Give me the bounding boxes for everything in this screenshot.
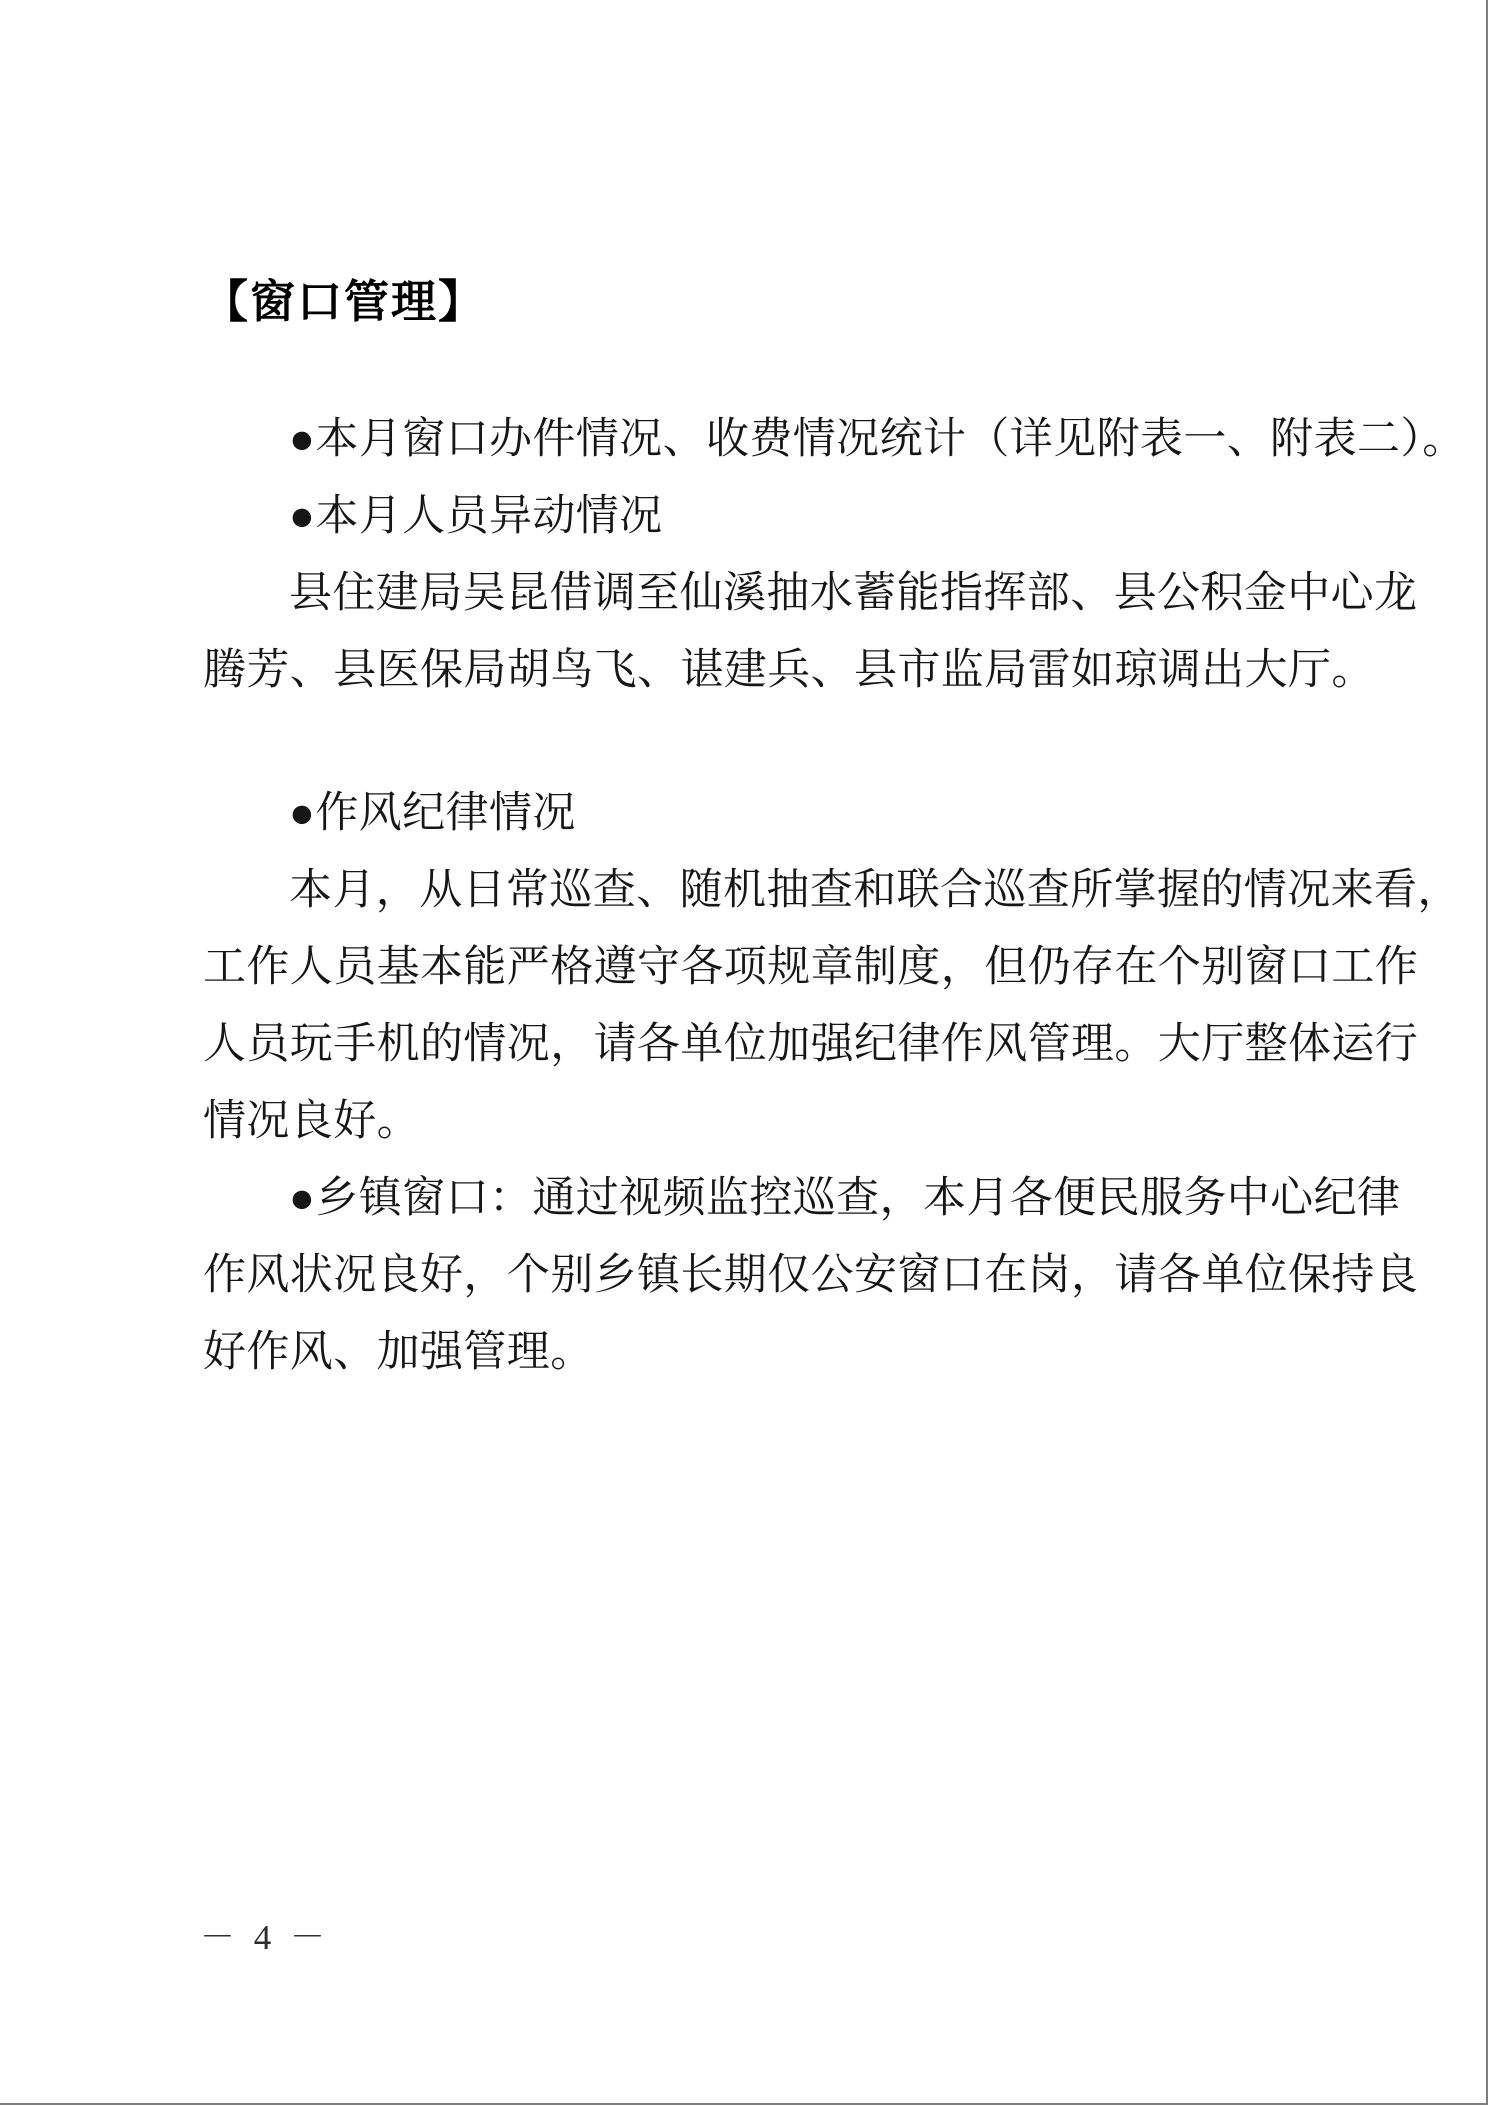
paragraph-line: 县住建局吴昆借调至仙溪抽水蓄能指挥部、县公积金中心龙 [203, 555, 1335, 632]
paragraph-line: 人员玩手机的情况，请各单位加强纪律作风管理。大厅整体运行 [203, 1006, 1335, 1083]
paragraph-line: 工作人员基本能严格遵守各项规章制度，但仍存在个别窗口工作 [203, 929, 1335, 1006]
bullet-item-discipline: ●作风纪律情况 [203, 775, 1335, 852]
paragraph-line: 腾芳、县医保局胡鸟飞、谌建兵、县市监局雷如琼调出大厅。 [203, 632, 1335, 709]
blank-line [203, 709, 1335, 775]
paragraph-line: 作风状况良好，个别乡镇长期仅公安窗口在岗，请各单位保持良 [203, 1237, 1335, 1314]
section-heading: 【窗口管理】 [203, 276, 485, 328]
bullet-item-window-stats: ●本月窗口办件情况、收费情况统计（详见附表一、附表二）。 [203, 401, 1335, 478]
document-body: ●本月窗口办件情况、收费情况统计（详见附表一、附表二）。 ●本月人员异动情况 县… [203, 401, 1335, 1391]
bullet-item-personnel-changes: ●本月人员异动情况 [203, 478, 1335, 555]
paragraph-line: 本月，从日常巡查、随机抽查和联合巡查所掌握的情况来看， [203, 852, 1335, 929]
paragraph-line: 好作风、加强管理。 [203, 1314, 1335, 1391]
page-number: － 4 － [200, 1916, 330, 1960]
bullet-item-township-windows: ●乡镇窗口：通过视频监控巡查，本月各便民服务中心纪律 [203, 1160, 1335, 1237]
paragraph-line: 情况良好。 [203, 1083, 1335, 1160]
document-page: 【窗口管理】 ●本月窗口办件情况、收费情况统计（详见附表一、附表二）。 ●本月人… [0, 0, 1488, 2105]
